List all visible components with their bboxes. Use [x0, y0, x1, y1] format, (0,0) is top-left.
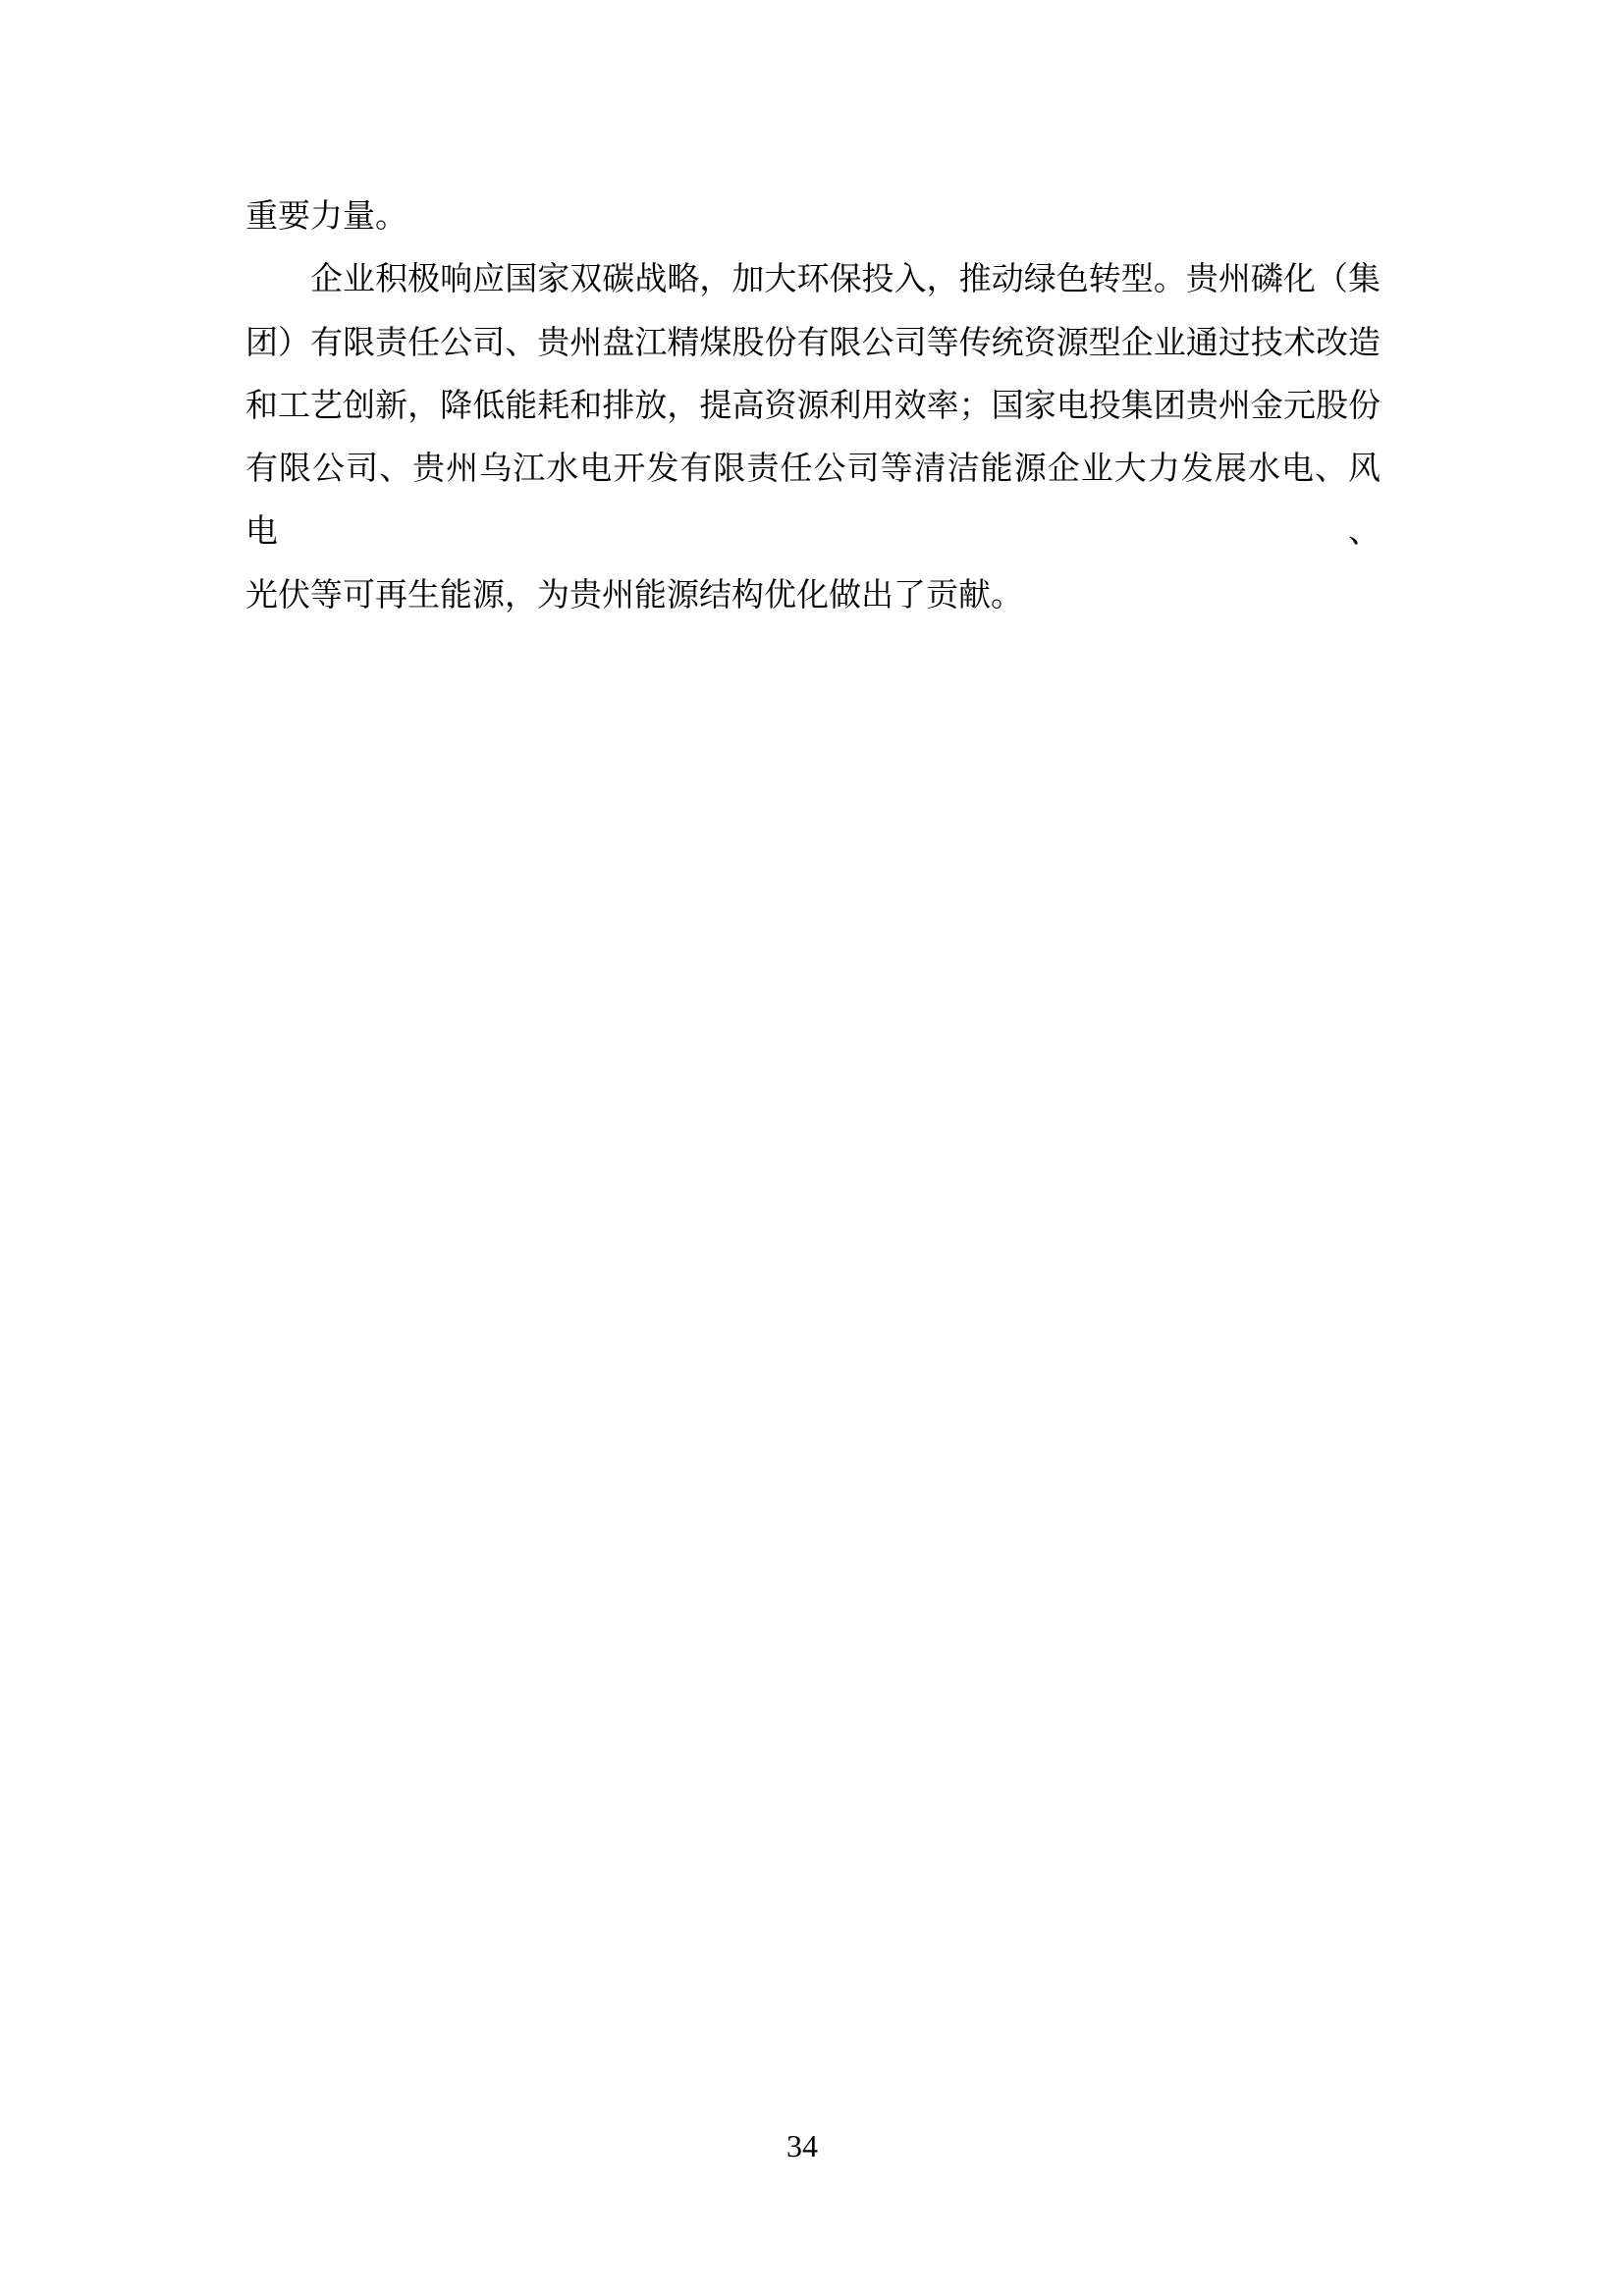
paragraph-end-line: 重要力量。 — [245, 186, 1380, 248]
body-line: 有限公司、贵州乌江水电开发有限责任公司等清洁能源企业大力发展水电、风电、 — [245, 438, 1380, 564]
paragraph-end-line: 光伏等可再生能源，为贵州能源结构优化做出了贡献。 — [245, 564, 1380, 627]
page-number: 34 — [0, 2128, 1604, 2163]
body-line: 团）有限责任公司、贵州盘江精煤股份有限公司等传统资源型企业通过技术改造 — [245, 312, 1380, 375]
body-line: 和工艺创新，降低能耗和排放，提高资源利用效率；国家电投集团贵州金元股份 — [245, 375, 1380, 438]
body-text-block: 重要力量。 企业积极响应国家双碳战略，加大环保投入，推动绿色转型。贵州磷化（集 … — [245, 186, 1380, 627]
body-line: 企业积极响应国家双碳战略，加大环保投入，推动绿色转型。贵州磷化（集 — [245, 248, 1380, 311]
document-page: 重要力量。 企业积极响应国家双碳战略，加大环保投入，推动绿色转型。贵州磷化（集 … — [0, 0, 1624, 2296]
